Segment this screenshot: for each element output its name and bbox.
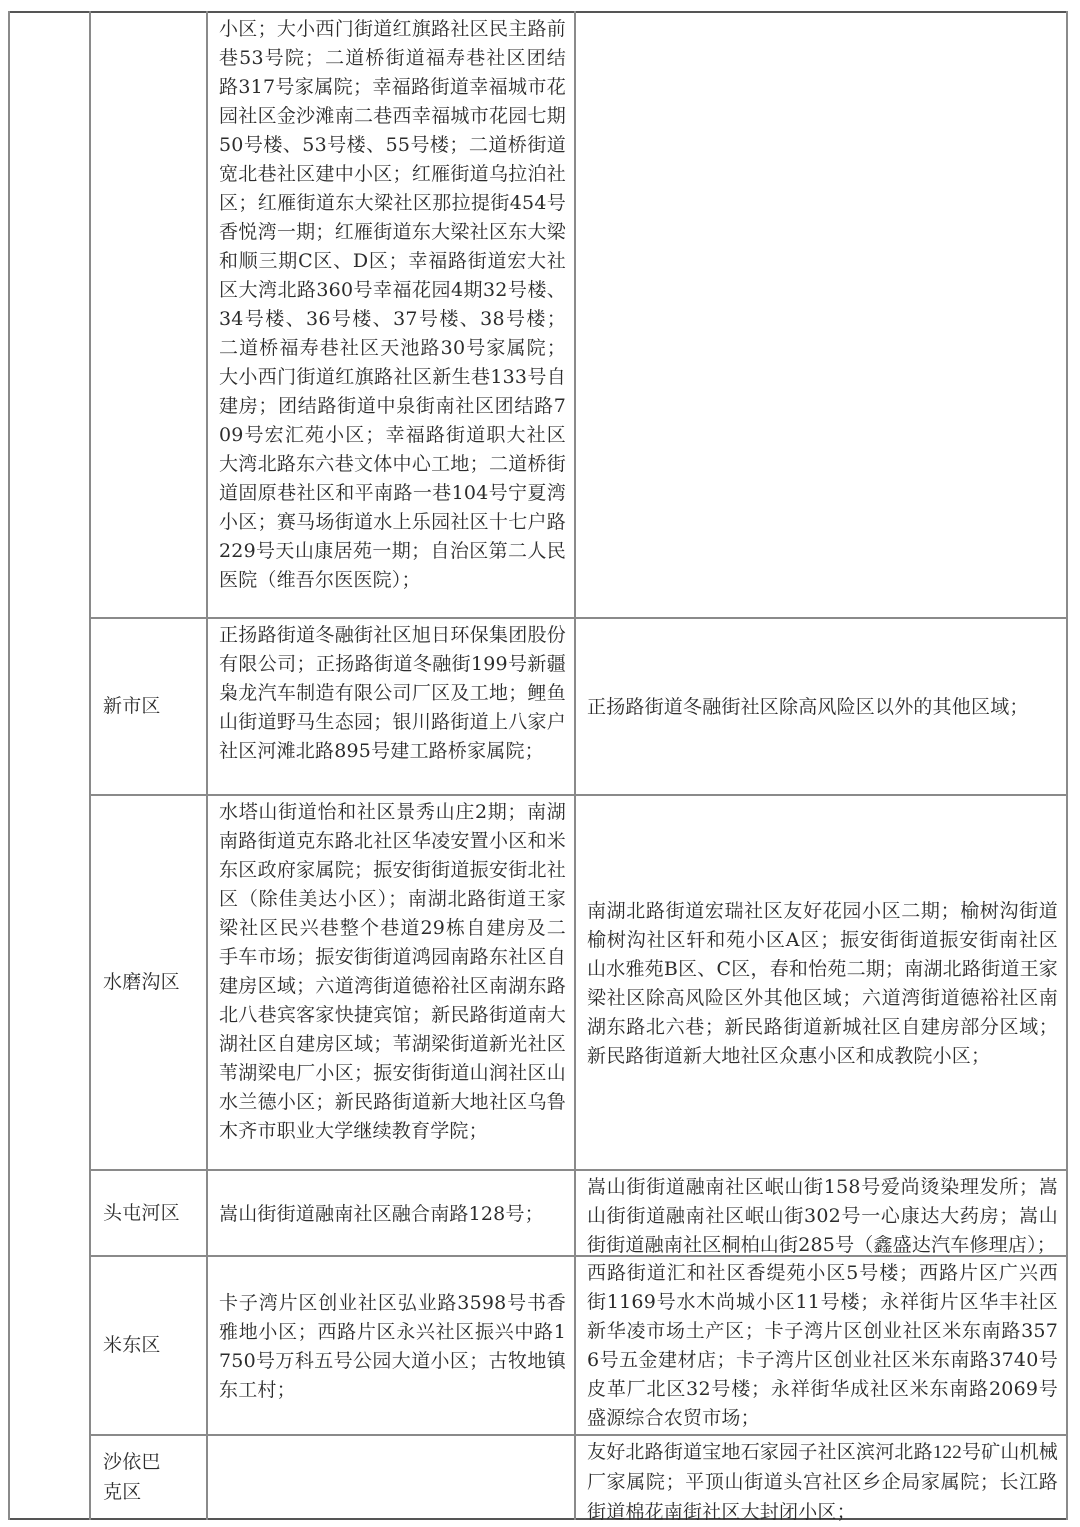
column-divider	[1066, 11, 1068, 1520]
high-risk-cell	[208, 1436, 574, 1520]
district-cell: 新市区	[91, 619, 206, 794]
medium-risk-cell: 友好北路街道宝地石家园子社区滨河北路122号矿山机械厂家属院；平顶山街道头宫社区…	[576, 1436, 1066, 1520]
high-risk-text: 卡子湾片区创业社区弘业路3598号书香雅地小区；西路片区永兴社区振兴中路1750…	[219, 1289, 566, 1405]
medium-risk-cell: 正扬路街道冬融街社区除高风险区以外的其他区域；	[576, 619, 1066, 794]
medium-risk-text: 南湖北路街道宏瑞社区友好花园小区二期；榆树沟街道榆树沟社区轩和苑小区A区；振安街…	[587, 897, 1058, 1071]
district-cell: 沙依巴克区	[91, 1436, 171, 1520]
medium-risk-text: 正扬路街道冬融街社区除高风险区以外的其他区域；	[587, 693, 1029, 722]
high-risk-cell: 正扬路街道冬融街社区旭日环保集团股份有限公司；正扬路街道冬融街199号新疆枭龙汽…	[208, 619, 574, 794]
district-cell: 水磨沟区	[91, 796, 206, 1169]
high-risk-cell: 小区；大小西门街道红旗路社区民主路前巷53号院；二道桥街道福寿巷社区团结路317…	[208, 13, 574, 617]
medium-risk-cell: 嵩山街街道融南社区岷山街158号爱尚烫染理发所；嵩山街街道融南社区岷山街302号…	[576, 1171, 1066, 1255]
high-risk-cell: 嵩山街街道融南社区融合南路128号；	[208, 1171, 574, 1255]
medium-risk-cell	[576, 13, 1066, 617]
medium-risk-cell: 西路街道汇和社区香缇苑小区5号楼；西路片区广兴西街1169号水木尚城小区11号楼…	[576, 1257, 1066, 1434]
high-risk-cell: 水塔山街道怡和社区景秀山庄2期；南湖南路街道克东路北社区华凌安置小区和米东区政府…	[208, 796, 574, 1169]
high-risk-cell: 卡子湾片区创业社区弘业路3598号书香雅地小区；西路片区永兴社区振兴中路1750…	[208, 1257, 574, 1434]
medium-risk-cell: 南湖北路街道宏瑞社区友好花园小区二期；榆树沟街道榆树沟社区轩和苑小区A区；振安街…	[576, 796, 1066, 1169]
column-divider	[8, 11, 10, 1520]
district-cell: 米东区	[91, 1257, 206, 1434]
district-cell	[91, 13, 206, 617]
high-risk-text: 嵩山街街道融南社区融合南路128号；	[219, 1200, 544, 1229]
district-cell: 头屯河区	[91, 1171, 206, 1255]
